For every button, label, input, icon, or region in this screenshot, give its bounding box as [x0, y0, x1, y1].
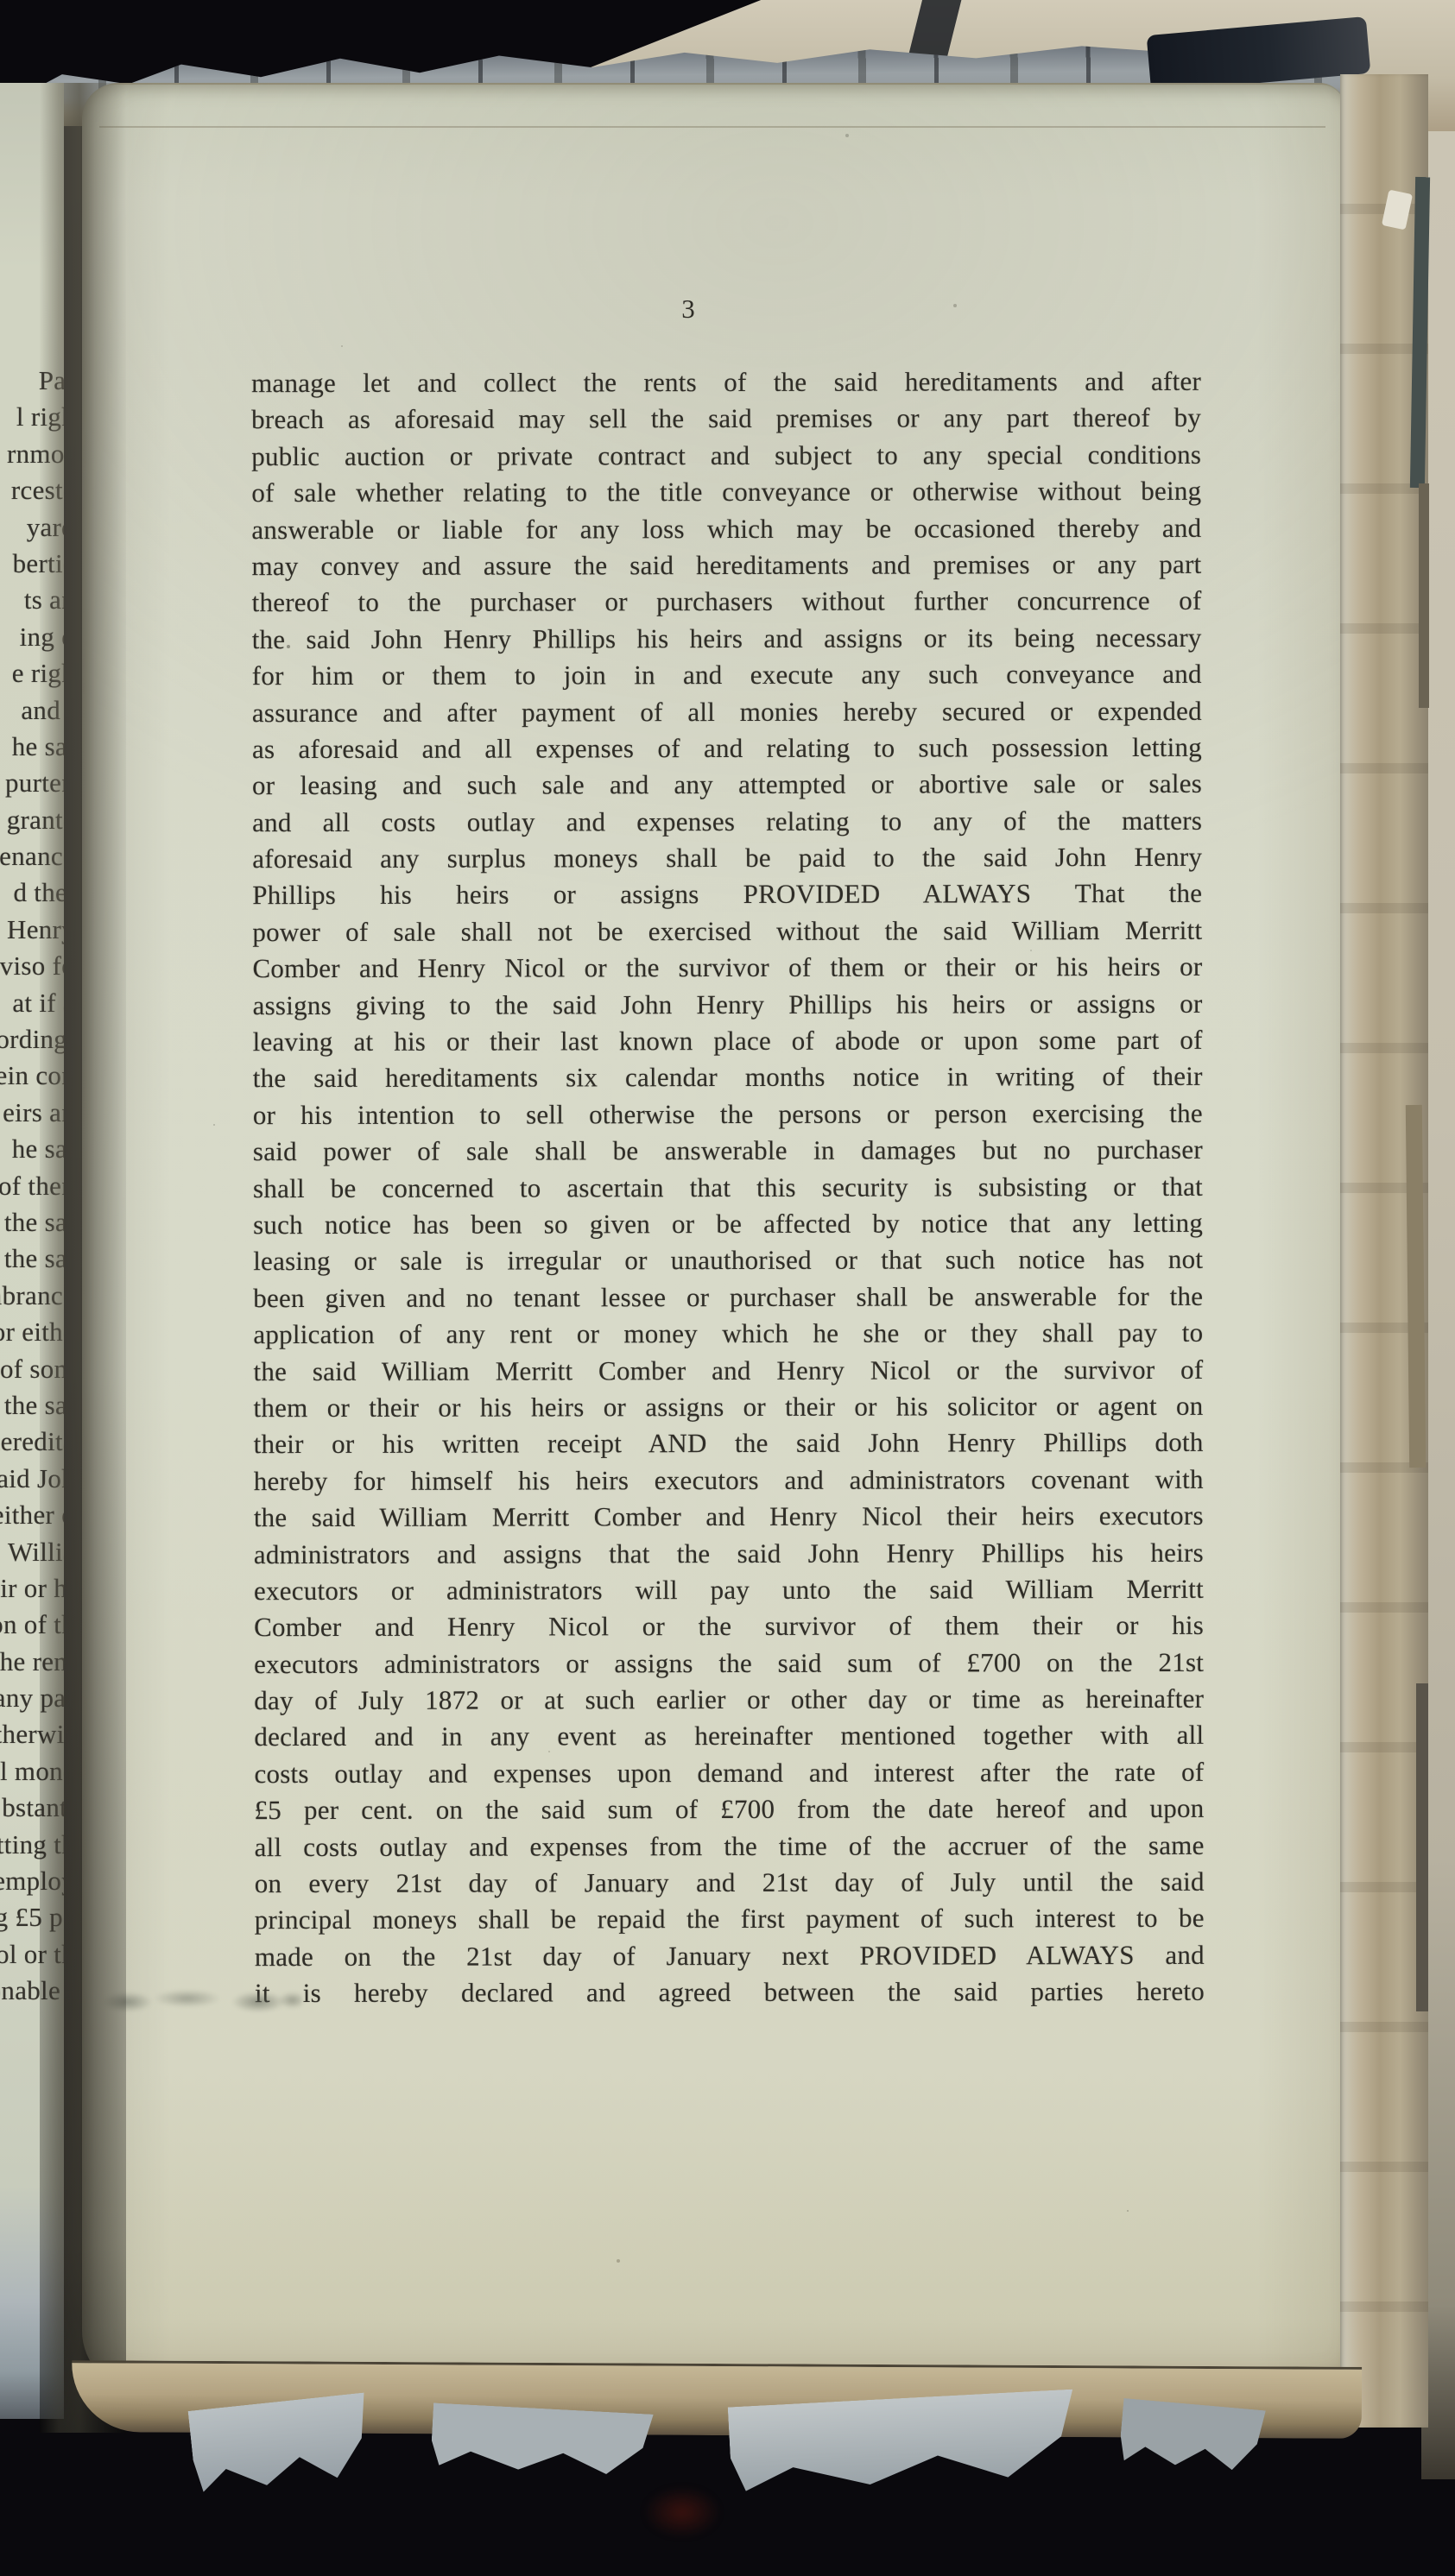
dark-red-reflection — [643, 2486, 721, 2538]
text-line: such notice has been so given or be affe… — [253, 1205, 1203, 1244]
text-line: the said hereditaments six calendar mont… — [253, 1058, 1203, 1097]
text-line: manage let and collect the rents of the … — [251, 363, 1201, 402]
text-line: shall be concerned to ascertain that thi… — [253, 1168, 1203, 1207]
text-line: the said John Henry Phillips his heirs a… — [252, 620, 1202, 659]
book-page: 3 manage let and collect the rents of th… — [82, 83, 1345, 2391]
text-line: administrators and assigns that the said… — [254, 1534, 1204, 1573]
text-line: executors administrators or assigns the … — [254, 1645, 1204, 1683]
text-line: executors or administrators will pay unt… — [254, 1571, 1204, 1610]
torn-paper-fragment — [1118, 2398, 1266, 2472]
text-line: been given and no tenant lessee or purch… — [253, 1279, 1203, 1317]
deed-text-block: manage let and collect the rents of the … — [251, 363, 1205, 2012]
text-line: power of sale shall not be exercised wit… — [252, 912, 1202, 951]
text-line: the said William Merritt Comber and Henr… — [253, 1351, 1203, 1390]
text-line: made on the 21st day of January next PRO… — [255, 1937, 1205, 1976]
text-line: on every 21st day of January and 21st da… — [255, 1864, 1205, 1903]
page-number: 3 — [662, 294, 714, 325]
text-line: Comber and Henry Nicol or the survivor o… — [254, 1607, 1204, 1646]
text-line: thereof to the purchaser or purchasers w… — [252, 583, 1202, 622]
text-line: the said William Merritt Comber and Henr… — [254, 1498, 1204, 1537]
text-line: hereby for himself his heirs executors a… — [254, 1462, 1204, 1500]
torn-paper-fragment — [430, 2402, 653, 2476]
torn-edge-fragment — [1419, 483, 1429, 708]
text-line: them or their or his heirs or assigns or… — [253, 1388, 1203, 1427]
text-line: leaving at his or their last known place… — [253, 1022, 1203, 1061]
text-line: leasing or sale is irregular or unauthor… — [253, 1241, 1203, 1280]
text-line: their or his written receipt AND the sai… — [254, 1424, 1204, 1463]
gutter-shadow — [40, 83, 126, 2433]
torn-paper-fragment — [728, 2390, 1078, 2492]
page-top-edge-line — [99, 126, 1325, 128]
text-line: or his intention to sell otherwise the p… — [253, 1095, 1203, 1134]
text-line: or leasing and such sale and any attempt… — [252, 766, 1202, 805]
text-line: said power of sale shall be answerable i… — [253, 1132, 1203, 1171]
text-line: as aforesaid and all expenses of and rel… — [252, 729, 1202, 768]
ink-transfer-smudge — [104, 1983, 302, 2017]
text-line: and all costs outlay and expenses relati… — [252, 803, 1202, 842]
text-line: public auction or private contract and s… — [251, 437, 1201, 476]
text-line: declared and in any event as hereinafter… — [254, 1717, 1204, 1756]
text-line: may convey and assure the said hereditam… — [251, 546, 1201, 585]
text-line: Comber and Henry Nicol or the survivor o… — [252, 949, 1202, 988]
text-line: £5 per cent. on the said sum of £700 fro… — [254, 1790, 1204, 1829]
scanned-deed-page-photo: Parl righrnmosrcesteyardbertiets aning o… — [0, 0, 1455, 2576]
text-line: aforesaid any surplus moneys shall be pa… — [252, 839, 1202, 878]
text-line: day of July 1872 or at such earlier or o… — [254, 1681, 1204, 1720]
text-line: assigns giving to the said John Henry Ph… — [253, 985, 1203, 1024]
text-line: Phillips his heirs or assigns PROVIDED A… — [252, 875, 1202, 914]
text-line: of sale whether relating to the title co… — [251, 473, 1201, 512]
text-line: assurance and after payment of all monie… — [252, 692, 1202, 731]
text-line: application of any rent or money which h… — [253, 1315, 1203, 1354]
text-line: principal moneys shall be repaid the fir… — [255, 1900, 1205, 1939]
text-line: answerable or liable for any loss which … — [251, 509, 1201, 548]
text-line: all costs outlay and expenses from the t… — [255, 1827, 1205, 1866]
torn-edge-fragment — [1416, 1683, 1428, 2011]
text-line: breach as aforesaid may sell the said pr… — [251, 400, 1201, 439]
text-line: it is hereby declared and agreed between… — [255, 1973, 1205, 2012]
text-line: for him or them to join in and execute a… — [252, 656, 1202, 695]
text-line: costs outlay and expenses upon demand an… — [254, 1754, 1204, 1793]
